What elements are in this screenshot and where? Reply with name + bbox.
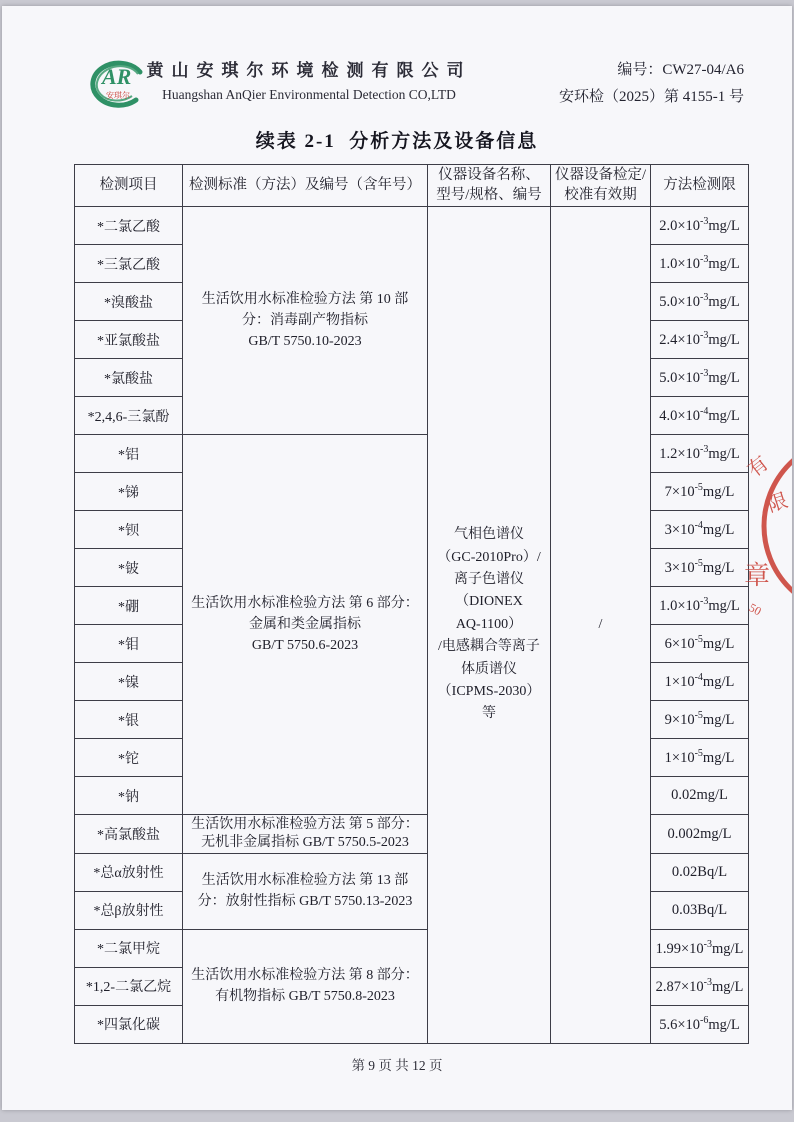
detection-limit-cell: 6×10-5mg/L <box>651 625 749 663</box>
detection-limit-cell: 7×10-5mg/L <box>651 473 749 511</box>
document-page: AR 安琪尔 黄山安琪尔环境检测有限公司 Huangshan AnQier En… <box>2 6 792 1110</box>
company-name-cn: 黄山安琪尔环境检测有限公司 <box>144 56 474 81</box>
detection-limit-cell: 3×10-4mg/L <box>651 511 749 549</box>
item-name-cell: *镍 <box>75 663 183 701</box>
item-name-cell: *钠 <box>75 777 183 815</box>
item-name-cell: *钼 <box>75 625 183 663</box>
calibration-validity-cell: / <box>551 207 651 1044</box>
detection-limit-cell: 1.99×10-3mg/L <box>651 929 749 967</box>
item-name-cell: *锑 <box>75 473 183 511</box>
item-name-cell: *四氯化碳 <box>75 1005 183 1043</box>
instrument-cell: 气相色谱仪 （GC-2010Pro）/ 离子色谱仪 （DIONEX AQ-110… <box>428 207 551 1044</box>
col-header-limit: 方法检测限 <box>651 165 749 207</box>
detection-limit-cell: 2.87×10-3mg/L <box>651 967 749 1005</box>
table-header-row: 检测项目 检测标准（方法）及编号（含年号） 仪器设备名称、 型号/规格、编号 仪… <box>75 165 749 207</box>
company-names: 黄山安琪尔环境检测有限公司 Huangshan AnQier Environme… <box>144 56 474 103</box>
document-numbers: 编号：CW27-04/A6 安环检（2025）第 4155-1 号 <box>559 58 744 112</box>
svg-text:有: 有 <box>743 452 773 482</box>
page-title: 续表 2-1 分析方法及设备信息 <box>2 126 792 153</box>
detection-limit-cell: 1.0×10-3mg/L <box>651 245 749 283</box>
item-name-cell: *二氯乙酸 <box>75 207 183 245</box>
official-seal-stamp: 有 限 章 50 <box>740 426 792 636</box>
detection-limit-cell: 0.002mg/L <box>651 815 749 854</box>
company-name-en: Huangshan AnQier Environmental Detection… <box>144 87 474 103</box>
col-header-calibration: 仪器设备检定/ 校准有效期 <box>551 165 651 207</box>
standard-method-cell: 生活饮用水标准检验方法 第 5 部分： 无机非金属指标 GB/T 5750.5-… <box>183 815 428 854</box>
detection-limit-cell: 1.0×10-3mg/L <box>651 587 749 625</box>
detection-limit-cell: 5.6×10-6mg/L <box>651 1005 749 1043</box>
col-header-instrument: 仪器设备名称、 型号/规格、编号 <box>428 165 551 207</box>
detection-limit-cell: 2.0×10-3mg/L <box>651 207 749 245</box>
item-name-cell: *二氯甲烷 <box>75 929 183 967</box>
detection-limit-cell: 5.0×10-3mg/L <box>651 359 749 397</box>
detection-limit-cell: 0.02mg/L <box>651 777 749 815</box>
detection-limit-cell: 5.0×10-3mg/L <box>651 283 749 321</box>
svg-text:安琪尔: 安琪尔 <box>106 90 130 100</box>
item-name-cell: *硼 <box>75 587 183 625</box>
analysis-methods-table: 检测项目 检测标准（方法）及编号（含年号） 仪器设备名称、 型号/规格、编号 仪… <box>74 164 749 1044</box>
item-name-cell: *2,4,6-三氯酚 <box>75 397 183 435</box>
doc-number: 编号：CW27-04/A6 <box>559 58 744 79</box>
col-header-standard: 检测标准（方法）及编号（含年号） <box>183 165 428 207</box>
item-name-cell: *三氯乙酸 <box>75 245 183 283</box>
standard-method-cell: 生活饮用水标准检验方法 第 8 部分： 有机物指标 GB/T 5750.8-20… <box>183 929 428 1043</box>
item-name-cell: *亚氯酸盐 <box>75 321 183 359</box>
item-name-cell: *铝 <box>75 435 183 473</box>
standard-method-cell: 生活饮用水标准检验方法 第 6 部分： 金属和类金属指标 GB/T 5750.6… <box>183 435 428 815</box>
svg-text:AR: AR <box>100 64 131 89</box>
detection-limit-cell: 1.2×10-3mg/L <box>651 435 749 473</box>
detection-limit-cell: 4.0×10-4mg/L <box>651 397 749 435</box>
detection-limit-cell: 0.02Bq/L <box>651 853 749 891</box>
item-name-cell: *氯酸盐 <box>75 359 183 397</box>
item-name-cell: *银 <box>75 701 183 739</box>
item-name-cell: *铍 <box>75 549 183 587</box>
svg-text:章: 章 <box>744 561 770 590</box>
report-number: 安环检（2025）第 4155-1 号 <box>559 85 744 106</box>
page-number: 第 9 页 共 12 页 <box>2 1054 792 1074</box>
item-name-cell: *铊 <box>75 739 183 777</box>
detection-limit-cell: 2.4×10-3mg/L <box>651 321 749 359</box>
item-name-cell: *1,2-二氯乙烷 <box>75 967 183 1005</box>
report-header: AR 安琪尔 黄山安琪尔环境检测有限公司 Huangshan AnQier En… <box>2 50 792 120</box>
company-logo-icon: AR 安琪尔 <box>78 54 152 116</box>
item-name-cell: *钡 <box>75 511 183 549</box>
item-name-cell: *总β放射性 <box>75 891 183 929</box>
item-name-cell: *总α放射性 <box>75 853 183 891</box>
item-name-cell: *溴酸盐 <box>75 283 183 321</box>
item-name-cell: *高氯酸盐 <box>75 815 183 854</box>
detection-limit-cell: 1×10-4mg/L <box>651 663 749 701</box>
svg-text:50: 50 <box>747 600 764 618</box>
detection-limit-cell: 3×10-5mg/L <box>651 549 749 587</box>
col-header-item: 检测项目 <box>75 165 183 207</box>
detection-limit-cell: 1×10-5mg/L <box>651 739 749 777</box>
detection-limit-cell: 9×10-5mg/L <box>651 701 749 739</box>
detection-limit-cell: 0.03Bq/L <box>651 891 749 929</box>
standard-method-cell: 生活饮用水标准检验方法 第 10 部 分：消毒副产物指标 GB/T 5750.1… <box>183 207 428 435</box>
standard-method-cell: 生活饮用水标准检验方法 第 13 部 分：放射性指标 GB/T 5750.13-… <box>183 853 428 929</box>
table-row: *二氯乙酸生活饮用水标准检验方法 第 10 部 分：消毒副产物指标 GB/T 5… <box>75 207 749 245</box>
analysis-table-body: *二氯乙酸生活饮用水标准检验方法 第 10 部 分：消毒副产物指标 GB/T 5… <box>75 207 749 1044</box>
